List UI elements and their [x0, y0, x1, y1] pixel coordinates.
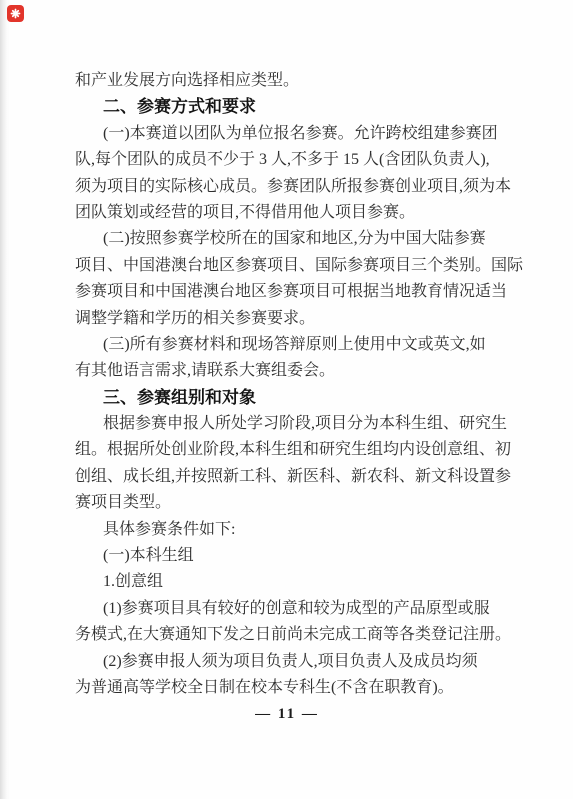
text-line: 组。根据所处创业阶段,本科生组和研究生组均内设创意组、初: [75, 437, 525, 463]
section-heading: 二、参赛方式和要求: [75, 94, 525, 120]
text-line: (一)本赛道以团队为单位报名参赛。允许跨校组建参赛团: [75, 121, 525, 147]
red-badge-icon: [7, 5, 24, 22]
document-content: 和产业发展方向选择相应类型。二、参赛方式和要求(一)本赛道以团队为单位报名参赛。…: [75, 68, 525, 728]
text-line: (1)参赛项目具有较好的创意和较为成型的产品原型或服: [75, 596, 525, 622]
text-line: 团队策划或经营的项目,不得借用他人项目参赛。: [75, 200, 525, 226]
page-number: — 11 —: [75, 701, 525, 727]
text-line: 参赛项目和中国港澳台地区参赛项目可根据当地教育情况适当: [75, 279, 525, 305]
text-line: (三)所有参赛材料和现场答辩原则上使用中文或英文,如: [75, 332, 525, 358]
white-asterisk-icon: [9, 7, 22, 20]
text-line: 项目、中国港澳台地区参赛项目、国际参赛项目三个类别。国际: [75, 253, 525, 279]
section-heading: 三、参赛组别和对象: [75, 385, 525, 411]
text-line: 务模式,在大赛通知下发之日前尚未完成工商等各类登记注册。: [75, 622, 525, 648]
text-line: (2)参赛申报人须为项目负责人,项目负责人及成员均须: [75, 649, 525, 675]
text-line: 须为项目的实际核心成员。参赛团队所报参赛创业项目,须为本: [75, 174, 525, 200]
text-line: 为普通高等学校全日制在校本专科生(不含在职教育)。: [75, 675, 525, 701]
text-line: 1.创意组: [75, 569, 525, 595]
text-line: 有其他语言需求,请联系大赛组委会。: [75, 358, 525, 384]
text-line: (二)按照参赛学校所在的国家和地区,分为中国大陆参赛: [75, 226, 525, 252]
text-line: 队,每个团队的成员不少于 3 人,不多于 15 人(含团队负责人),: [75, 147, 525, 173]
text-line: 赛项目类型。: [75, 490, 525, 516]
text-line: 调整学籍和学历的相关参赛要求。: [75, 306, 525, 332]
document-page: 和产业发展方向选择相应类型。二、参赛方式和要求(一)本赛道以团队为单位报名参赛。…: [0, 0, 573, 799]
text-line: 创组、成长组,并按照新工科、新医科、新农科、新文科设置参: [75, 464, 525, 490]
text-line: 具体参赛条件如下:: [75, 517, 525, 543]
page-edge-shadow: [0, 0, 10, 799]
text-line: (一)本科生组: [75, 543, 525, 569]
text-line: 根据参赛申报人所处学习阶段,项目分为本科生组、研究生: [75, 411, 525, 437]
text-line: 和产业发展方向选择相应类型。: [75, 68, 525, 94]
